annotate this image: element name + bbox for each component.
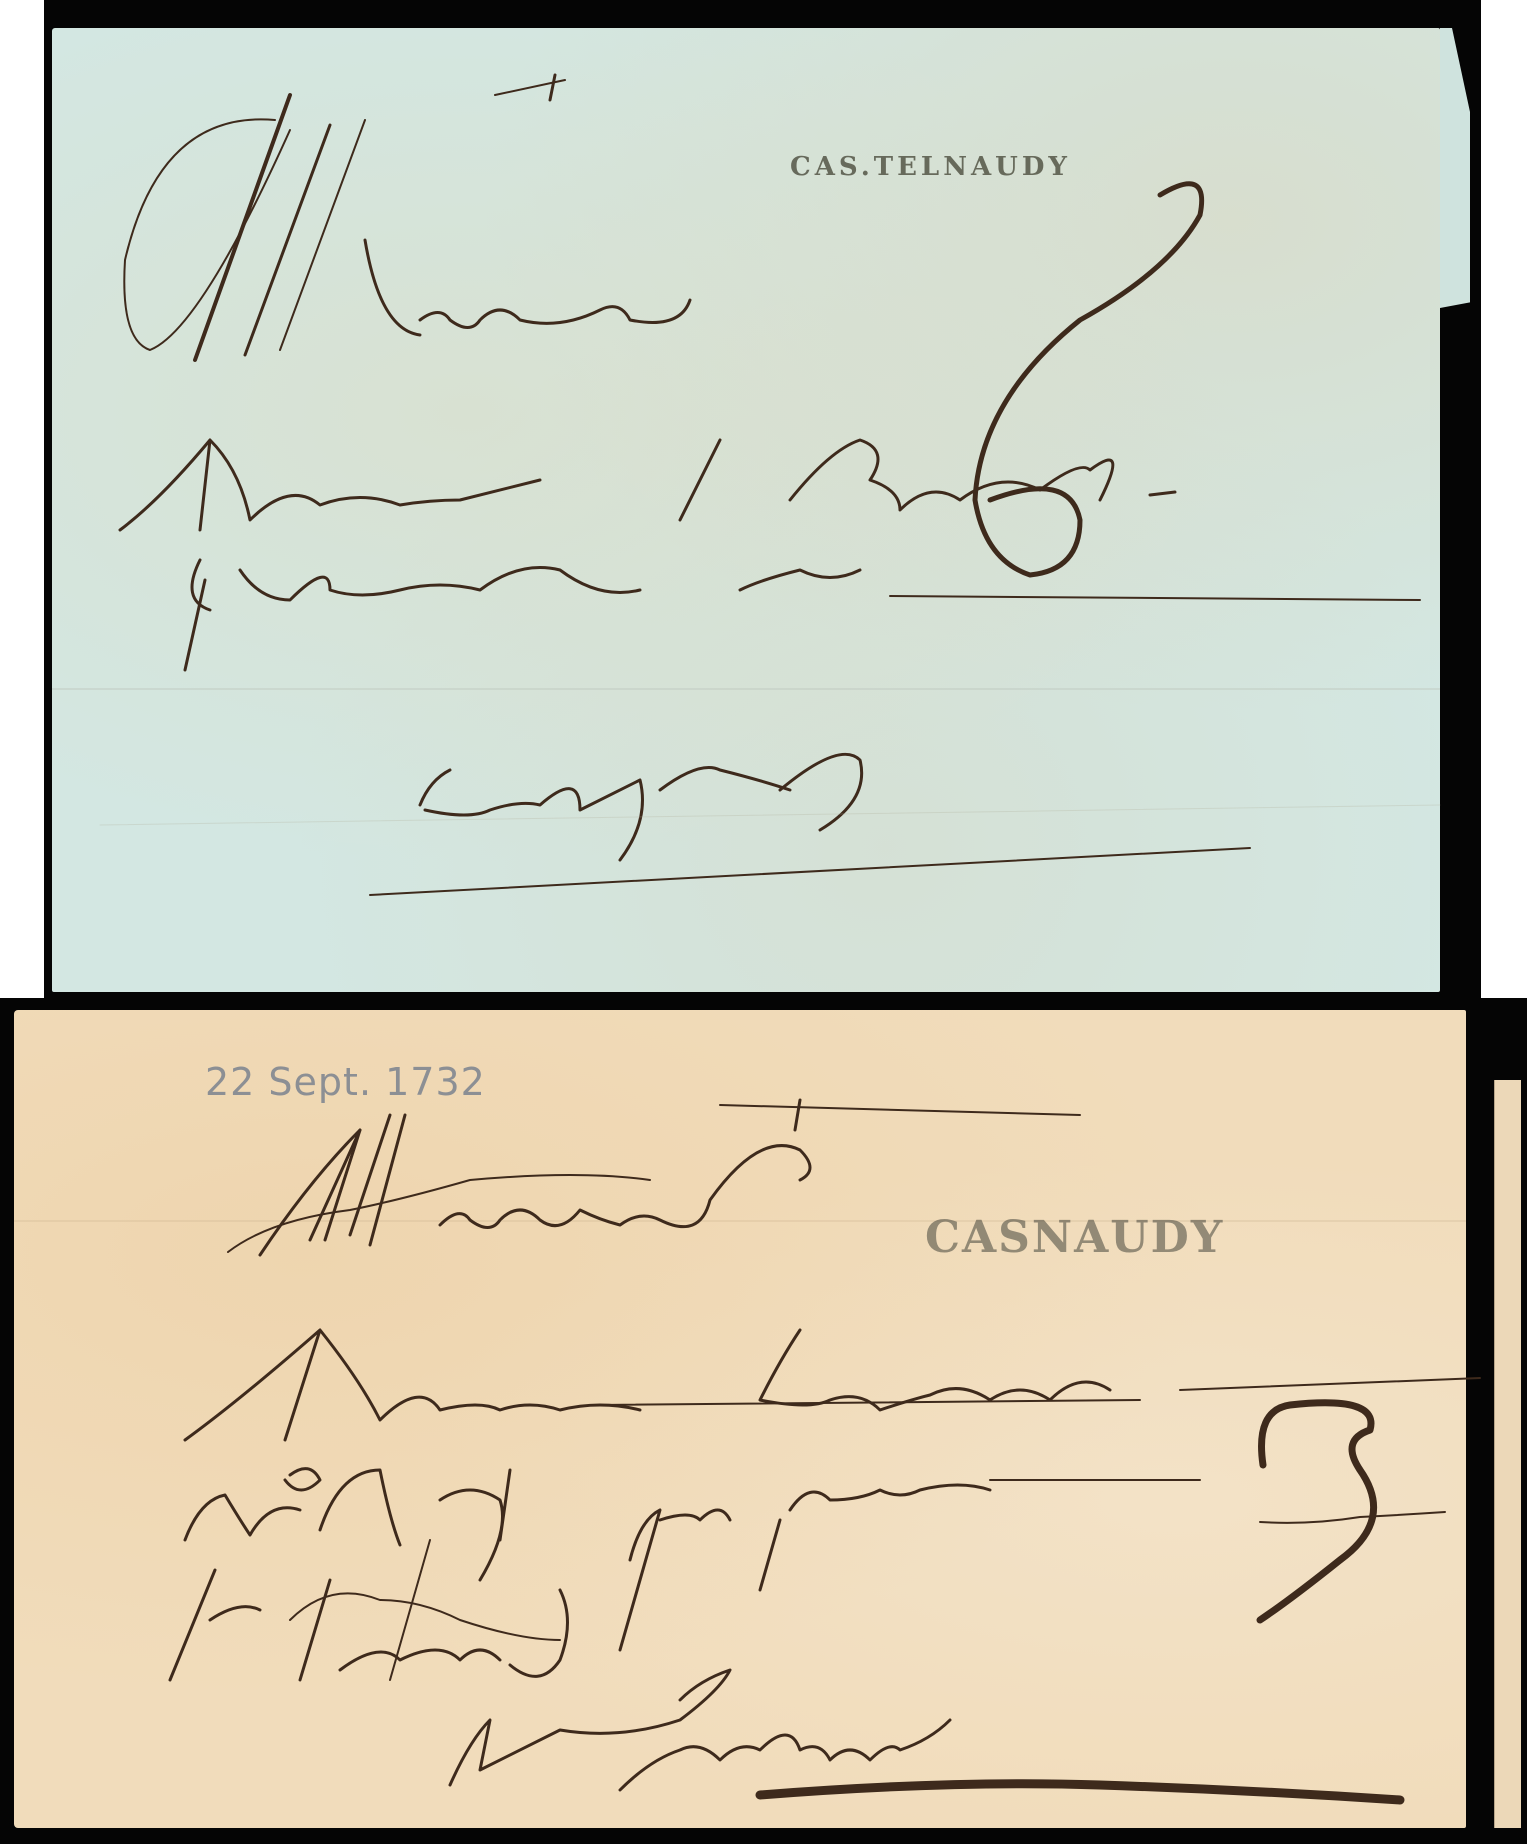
postmark-casnaudy: CASNAUDY <box>925 1212 1224 1263</box>
postmark-castelnaudary: CAS.TELNAUDY <box>790 152 1071 182</box>
pencil-date-annotation: 22 Sept. 1732 <box>205 1060 486 1104</box>
handwriting-strokes <box>0 0 1527 1844</box>
